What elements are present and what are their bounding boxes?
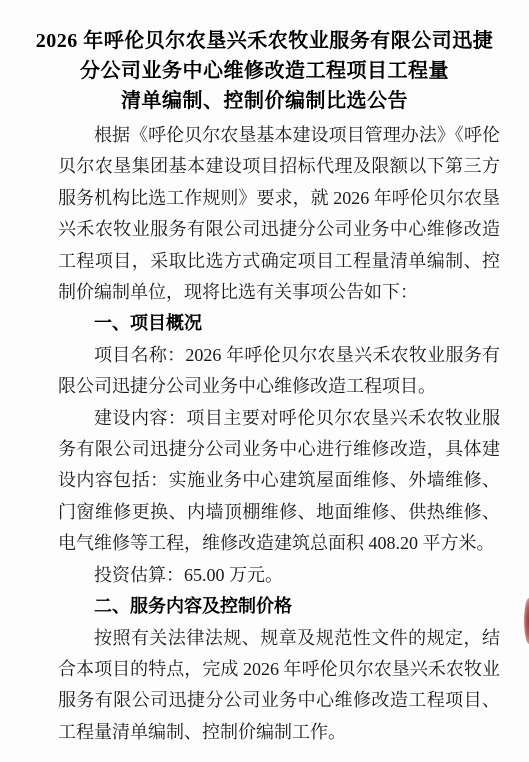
para-legal-basis: 根据《呼伦贝尔农垦基本建设项目管理办法》《呼伦贝尔农垦集团基本建设项目招标代理及… <box>58 120 500 308</box>
heading-project-overview: 一、项目概况 <box>58 308 500 339</box>
para-construction-content: 建设内容：项目主要对呼伦贝尔农垦兴禾农牧业服务有限公司迅捷分公司业务中心进行维修… <box>58 403 500 560</box>
para-service-scope: 按照有关法律法规、规章及规范性文件的规定，结合本项目的特点，完成 2026 年呼… <box>58 623 500 749</box>
heading-service-content-and-price: 二、服务内容及控制价格 <box>58 591 500 622</box>
document-title-line-1: 2026 年呼伦贝尔农垦兴禾农牧业服务有限公司迅捷 <box>0 26 529 56</box>
document-title: 2026 年呼伦贝尔农垦兴禾农牧业服务有限公司迅捷 分公司业务中心维修改造工程项… <box>0 0 529 116</box>
document-title-line-2: 分公司业务中心维修改造工程项目工程量 <box>0 56 529 86</box>
announcement-page: 2026 年呼伦贝尔农垦兴禾农牧业服务有限公司迅捷 分公司业务中心维修改造工程项… <box>0 0 529 762</box>
para-project-name: 项目名称：2026 年呼伦贝尔农垦兴禾农牧业服务有限公司迅捷分公司业务中心维修改… <box>58 340 500 403</box>
document-body: 根据《呼伦贝尔农垦基本建设项目管理办法》《呼伦贝尔农垦集团基本建设项目招标代理及… <box>58 120 500 748</box>
para-investment-estimate: 投资估算：65.00 万元。 <box>58 560 500 591</box>
document-title-line-3: 清单编制、控制价编制比选公告 <box>0 86 529 116</box>
red-seal-fragment-icon <box>524 598 529 644</box>
